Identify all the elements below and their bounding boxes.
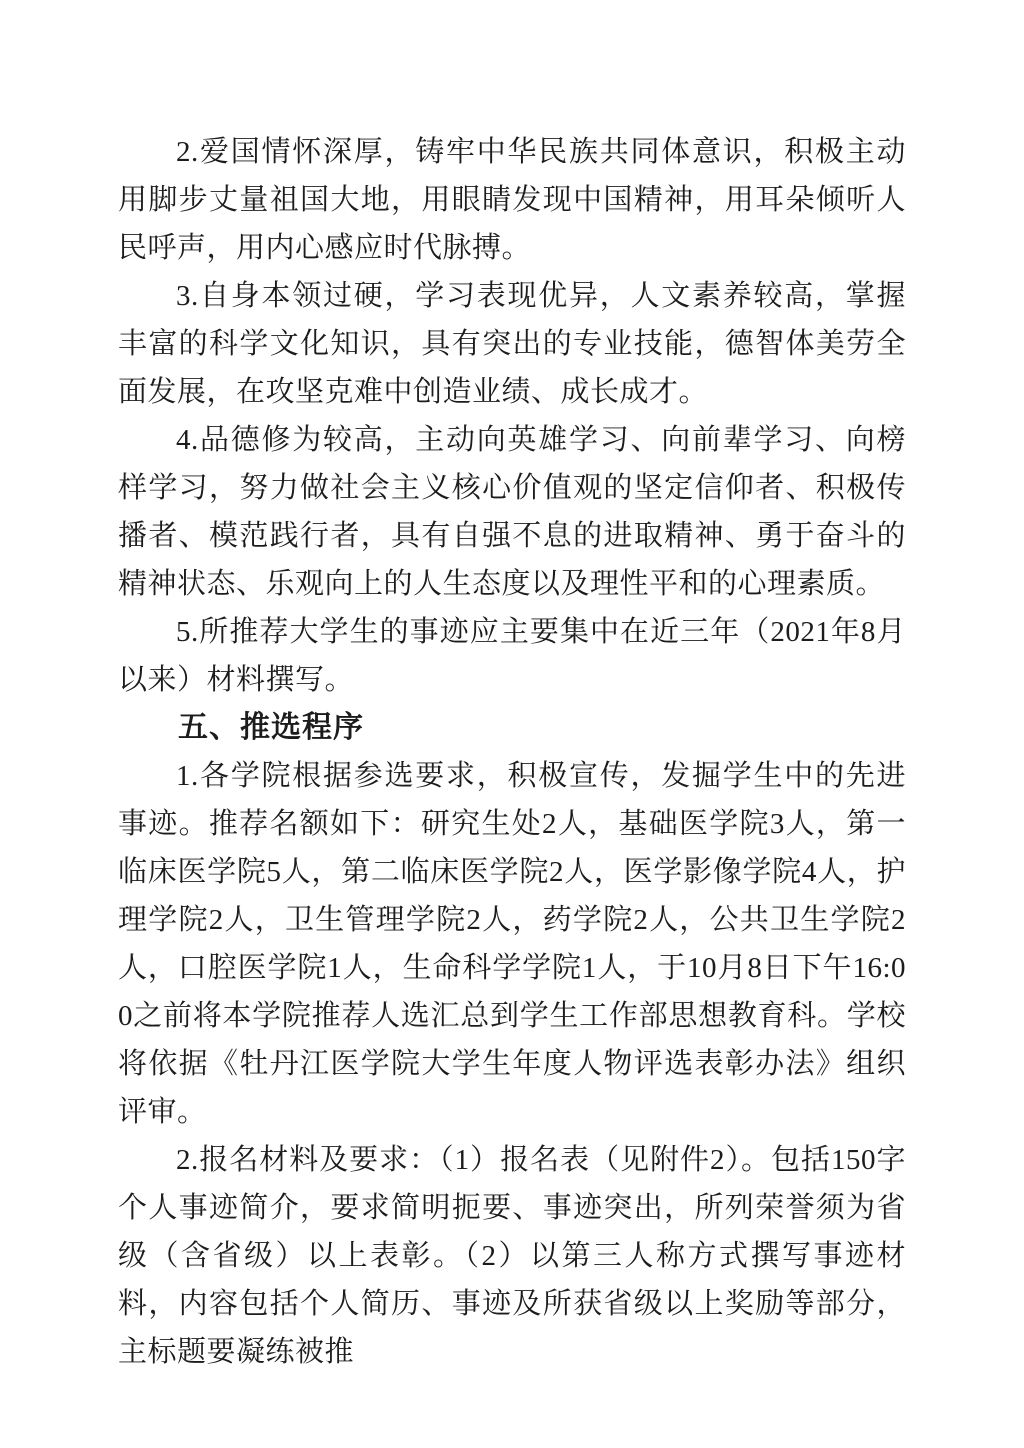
document-body: 2.爱国情怀深厚，铸牢中华民族共同体意识，积极主动用脚步丈量祖国大地，用眼睛发现… [118, 128, 906, 1376]
section-heading-selection-procedure: 五、推选程序 [118, 704, 906, 752]
paragraph-application-materials: 2.报名材料及要求：（1）报名表（见附件2）。包括150字个人事迹简介，要求简明… [118, 1136, 906, 1376]
paragraph-morality: 4.品德修为较高，主动向英雄学习、向前辈学习、向榜样学习，努力做社会主义核心价值… [118, 416, 906, 608]
document-page: 2.爱国情怀深厚，铸牢中华民族共同体意识，积极主动用脚步丈量祖国大地，用眼睛发现… [0, 0, 1024, 1448]
paragraph-patriotism: 2.爱国情怀深厚，铸牢中华民族共同体意识，积极主动用脚步丈量祖国大地，用眼睛发现… [118, 128, 906, 272]
paragraph-deeds-timeframe: 5.所推荐大学生的事迹应主要集中在近三年（2021年8月以来）材料撰写。 [118, 608, 906, 704]
paragraph-quota-and-deadline: 1.各学院根据参选要求，积极宣传，发掘学生中的先进事迹。推荐名额如下：研究生处2… [118, 752, 906, 1136]
paragraph-ability: 3.自身本领过硬，学习表现优异，人文素养较高，掌握丰富的科学文化知识，具有突出的… [118, 272, 906, 416]
